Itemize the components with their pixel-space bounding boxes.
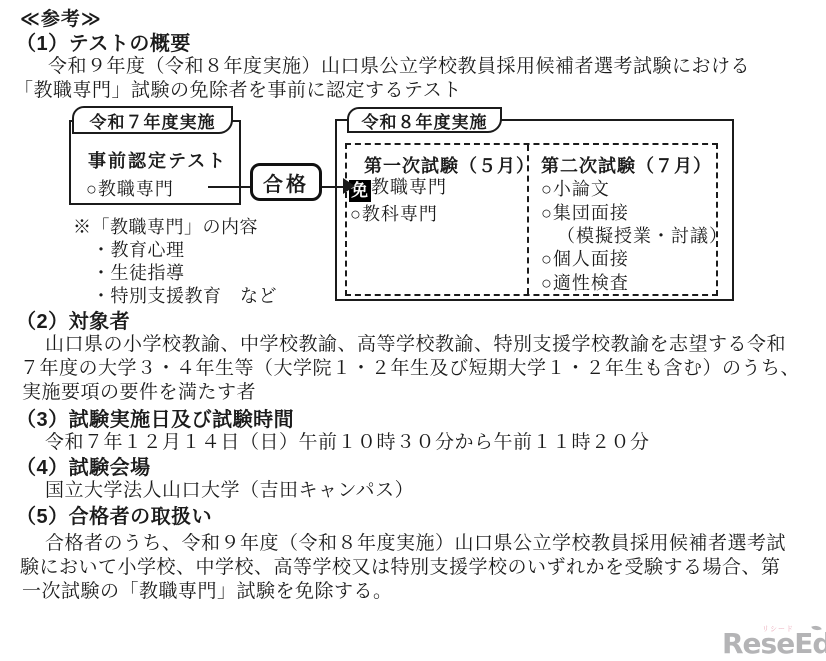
second-exam-item-4: ○個人面接 xyxy=(541,245,629,271)
reseed-logo-text: ReseEd xyxy=(722,627,826,660)
arrowhead-icon xyxy=(343,178,355,194)
section-2-line-1: 山口県の小学校教諭、中学校教諭、高等学校教諭、特別支援学校教諭を志望する令和 xyxy=(45,329,786,356)
first-exam-item: ○教科専門 xyxy=(350,200,438,226)
exam-flow-diagram: 令和７年度実施 事前認定テスト ○教職専門 合格 令和８年度実施 第一次試験（５… xyxy=(0,100,826,312)
section-2-line-3: 実施要項の要件を満たす者 xyxy=(22,377,256,404)
section-1-line-1: 令和９年度（令和８年度実施）山口県公立学校教員採用候補者選考試験における xyxy=(48,51,750,78)
exam-stages-box: 第一次試験（５月） 免教職専門 ○教科専門 第二次試験（７月） ○小論文 ○集団… xyxy=(345,143,718,296)
arrow-shaft-right xyxy=(322,186,344,188)
second-exam-item-5: ○適性検査 xyxy=(541,269,629,295)
first-exam-column: 第一次試験（５月） 免教職専門 ○教科専門 xyxy=(347,145,527,294)
pre-certification-test-title: 事前認定テスト xyxy=(88,147,227,173)
section-1-line-2: 「教職専門」試験の免除者を事前に認定するテスト xyxy=(14,75,462,102)
section-5-heading: （5）合格者の取扱い xyxy=(16,500,212,529)
first-exam-exempt-row: 免教職専門 xyxy=(349,173,447,202)
section-5-line-1: 合格者のうち、令和９年度（令和８年度実施）山口県公立学校教員採用候補者選考試 xyxy=(45,528,786,555)
section-4-line-1: 国立大学法人山口大学（吉田キャンパス） xyxy=(45,475,414,502)
exempted-subject: 教職専門 xyxy=(371,177,447,197)
section-2-line-2: ７年度の大学３・４年生等（大学院１・２年生及び短期大学１・２年生も含む）のうち、 xyxy=(20,353,800,380)
document-page: ≪参考≫ （1）テストの概要 令和９年度（令和８年度実施）山口県公立学校教員採用… xyxy=(0,0,826,661)
section-3-line-1: 令和７年１２月１４日（日）午前１０時３０分から午前１１時２０分 xyxy=(45,427,650,454)
pre-certification-test-item: ○教職専門 xyxy=(86,175,174,201)
section-5-line-2: 験において小学校、中学校、高等学校又は特別支援学校のいずれかを受験する場合、第 xyxy=(20,552,781,579)
reseed-logo: リシード ReseEd xyxy=(722,621,824,659)
second-exam-item-1: ○小論文 xyxy=(541,175,610,201)
next-year-label: 令和８年度実施 xyxy=(347,107,502,133)
pass-box: 合格 xyxy=(250,163,322,201)
arrow-shaft-left xyxy=(208,186,253,188)
section-5-line-3: 一次試験の「教職専門」試験を免除する。 xyxy=(22,576,393,603)
prior-year-label: 令和７年度実施 xyxy=(72,106,233,134)
second-exam-column: 第二次試験（７月） ○小論文 ○集団面接 （模擬授業・討議） ○個人面接 ○適性… xyxy=(527,145,716,294)
